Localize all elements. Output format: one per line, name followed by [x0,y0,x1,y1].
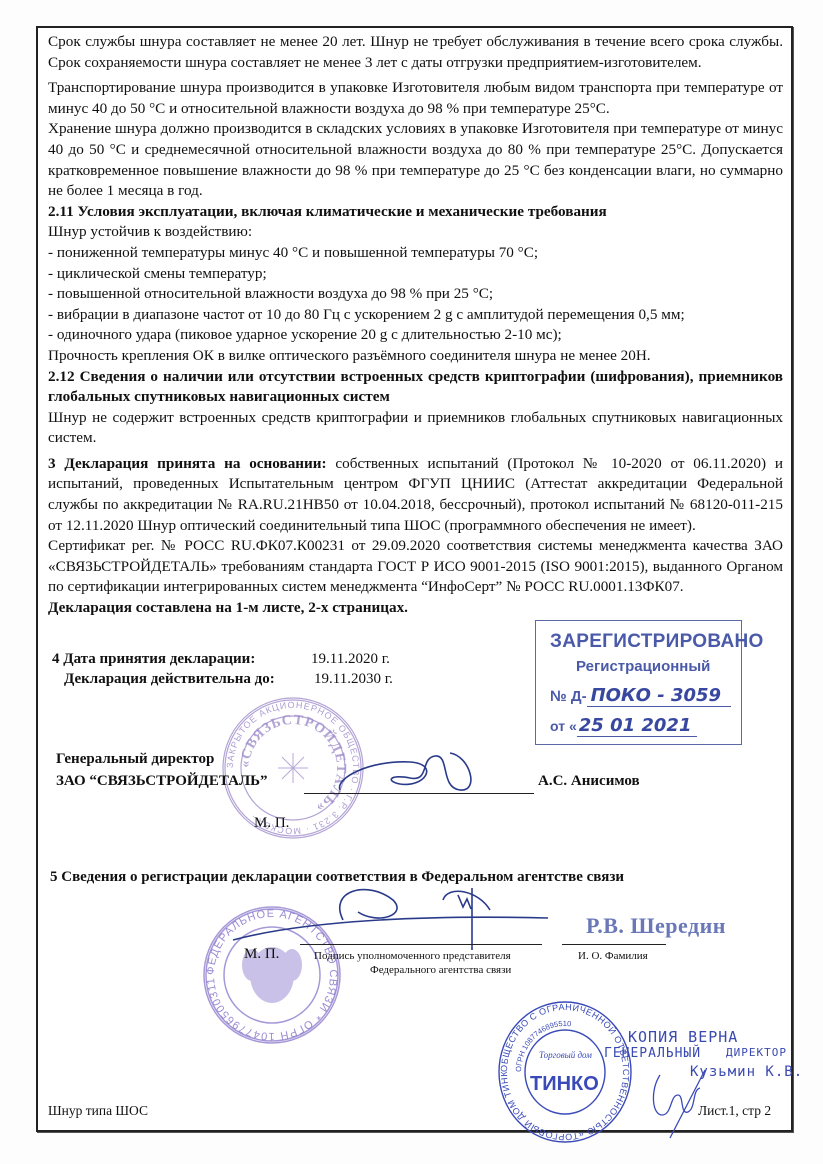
list-item: - одиночного удара (пиковое ударное уско… [48,325,783,346]
sheets-note: Декларация составлена на 1-м листе, 2-х … [48,598,783,619]
document-body: Срок службы шнура составляет не менее 20… [48,32,783,619]
svg-text:Торговый дом: Торговый дом [539,1050,592,1060]
name-line [562,944,666,945]
section-3-heading: 3 Декларация принята на основании: [48,455,327,472]
section-3-paragraph: 3 Декларация принята на основании: собст… [48,454,783,536]
date-accepted-label: 4 Дата принятия декларации: [52,651,255,668]
date-accepted-value: 19.11.2020 г. [311,651,390,668]
copy-certified-signature-icon [640,1060,720,1140]
list-item: - пониженной температуры минус 40 °С и п… [48,243,783,264]
section-2-11-closing: Прочность крепления ОК в вилке оптическо… [48,346,783,367]
signatory-title: Генеральный директор [56,751,214,768]
registered-stamp-title: ЗАРЕГИСТРИРОВАНО [550,631,764,653]
service-life-paragraph: Срок службы шнура составляет не менее 20… [48,32,783,73]
section-2-12-heading: 2.12 Сведения о наличии или отсутствии в… [48,367,783,408]
valid-until-label: Декларация действительна до: [64,671,275,688]
seal-label: М. П. [254,815,289,832]
certificate-paragraph: Сертификат рег. № РОСС RU.ФК07.К00231 от… [48,536,783,598]
signatory-company: ЗАО “СВЯЗЬСТРОЙДЕТАЛЬ” [56,773,268,790]
registration-number-prefix: № Д- [550,688,587,705]
registered-stamp-subtitle: Регистрационный [576,658,710,675]
footer-product: Шнур типа ШОС [48,1103,148,1119]
agency-signature-icon [228,880,558,950]
copy-certified-line-1: КОПИЯ ВЕРНА [628,1028,738,1046]
section-2-12-text: Шнур не содержит встроенных средств крип… [48,408,783,449]
registration-date: от «25 01 2021 [550,715,697,736]
agency-signature-line [300,944,542,945]
signatory-name: А.С. Анисимов [538,773,640,790]
stamped-representative-name: Р.В. Шередин [586,913,726,939]
agency-seal-label: М. П. [244,946,279,963]
storage-paragraph: Хранение шнура должно производится в скл… [48,119,783,201]
signature-caption-line-1: Подпись уполномоченного представителя [314,950,511,962]
registered-stamp: ЗАРЕГИСТРИРОВАНО Регистрационный № Д-ПОК… [535,620,742,745]
signature-caption-line-2: Федерального агентства связи [370,964,511,976]
list-item: - повышенной относительной влажности воз… [48,284,783,305]
section-2-11-heading: 2.11 Условия эксплуатации, включая клима… [48,202,783,223]
list-item: - вибрации в диапазоне частот от 10 до 8… [48,305,783,326]
name-caption: И. О. Фамилия [578,950,648,962]
director-signature-icon [330,748,530,798]
tinko-seal-icon: ОБЩЕСТВО С ОГРАНИЧЕННОЙ ОТВЕТСТВЕННОСТЬЮ… [497,1000,633,1144]
footer-page-number: Лист.1, стр 2 [698,1103,771,1119]
copy-certified-title-left: ГЕНЕРАЛЬНЫЙ [604,1046,701,1061]
registration-number-value: ПОКО - 3059 [587,685,731,707]
list-item: - циклической смены температур; [48,264,783,285]
svg-text:ТИНКО: ТИНКО [530,1073,599,1095]
registration-date-value: 25 01 2021 [577,715,698,737]
section-2-11-lead: Шнур устойчив к воздействию: [48,222,783,243]
copy-certified-title-right: ДИРЕКТОР [726,1046,787,1059]
registration-date-prefix: от « [550,718,577,734]
valid-until-value: 19.11.2030 г. [314,671,393,688]
registration-number: № Д-ПОКО - 3059 [550,685,731,706]
transport-paragraph: Транспортирование шнура производится в у… [48,78,783,119]
